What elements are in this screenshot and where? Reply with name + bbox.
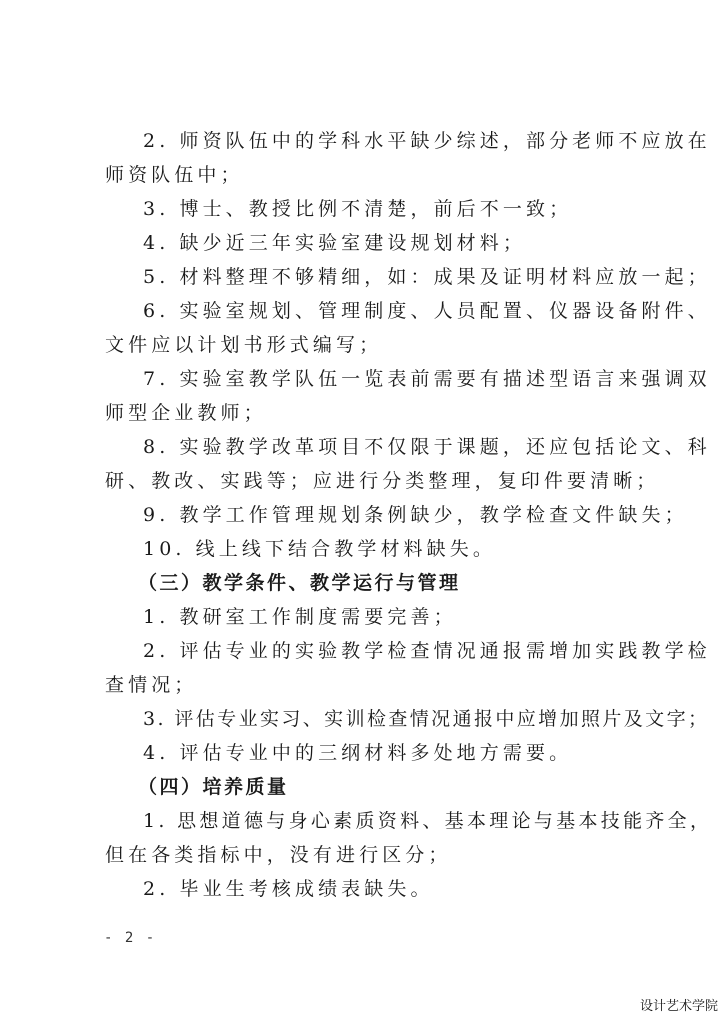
list-item-continuation: 师资队伍中； (105, 158, 623, 192)
list-item: 2. 师资队伍中的学科水平缺少综述，部分老师不应放在 (105, 124, 623, 158)
list-item: 2. 评估专业的实验教学检查情况通报需增加实践教学检 (105, 634, 623, 668)
list-item: 7. 实验室教学队伍一览表前需要有描述型语言来强调双 (105, 362, 623, 396)
list-item: 1. 思想道德与身心素质资料、基本理论与基本技能齐全， (105, 804, 623, 838)
list-item-continuation: 查情况； (105, 668, 623, 702)
document-body: 2. 师资队伍中的学科水平缺少综述，部分老师不应放在 师资队伍中； 3. 博士、… (105, 124, 623, 906)
list-item-continuation: 但在各类指标中，没有进行区分； (105, 838, 623, 872)
list-item: 9. 教学工作管理规划条例缺少，教学检查文件缺失； (105, 498, 623, 532)
list-item: 6. 实验室规划、管理制度、人员配置、仪器设备附件、 (105, 294, 623, 328)
list-item-continuation: 研、教改、实践等；应进行分类整理，复印件要清晰； (105, 464, 623, 498)
watermark-label: 设计艺术学院 (640, 995, 718, 1014)
list-item: 10. 线上线下结合教学材料缺失。 (105, 532, 623, 566)
list-item: 4. 缺少近三年实验室建设规划材料； (105, 226, 623, 260)
page-number: - 2 - (104, 930, 156, 946)
list-item: 2. 毕业生考核成绩表缺失。 (105, 872, 623, 906)
section-heading: （四）培养质量 (105, 770, 623, 804)
list-item: 3. 博士、教授比例不清楚，前后不一致； (105, 192, 623, 226)
list-item-continuation: 文件应以计划书形式编写； (105, 328, 623, 362)
list-item: 1. 教研室工作制度需要完善； (105, 600, 623, 634)
list-item: 4. 评估专业中的三纲材料多处地方需要。 (105, 736, 623, 770)
list-item-continuation: 师型企业教师； (105, 396, 623, 430)
list-item: 5. 材料整理不够精细，如：成果及证明材料应放一起； (105, 260, 623, 294)
list-item: 8. 实验教学改革项目不仅限于课题，还应包括论文、科 (105, 430, 623, 464)
section-heading: （三）教学条件、教学运行与管理 (105, 566, 623, 600)
list-item: 3. 评估专业实习、实训检查情况通报中应增加照片及文字； (105, 702, 623, 736)
